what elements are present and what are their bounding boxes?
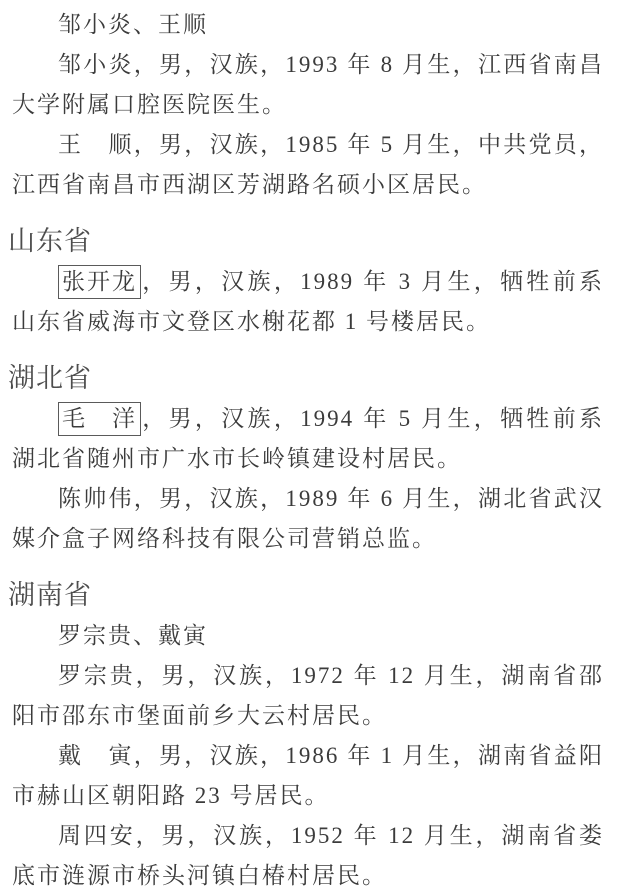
entry-paragraph: 毛 洋，男，汉族，1994 年 5 月生，牺牲前系湖北省随州市广水市长岭镇建设村… (12, 399, 604, 479)
section-hunan: 湖南省 罗宗贵、戴寅 罗宗贵，男，汉族，1972 年 12 月生，湖南省邵阳市邵… (12, 574, 604, 896)
names-line: 罗宗贵、戴寅 (12, 616, 604, 656)
section-shandong: 山东省 张开龙，男，汉族，1989 年 3 月生，牺牲前系山东省威海市文登区水榭… (12, 220, 604, 342)
document-page: 邹小炎、王顺 邹小炎，男，汉族，1993 年 8 月生，江西省南昌大学附属口腔医… (0, 0, 620, 896)
entry-paragraph: 邹小炎，男，汉族，1993 年 8 月生，江西省南昌大学附属口腔医院医生。 (12, 45, 604, 125)
boxed-name: 张开龙 (58, 265, 141, 299)
entry-paragraph: 张开龙，男，汉族，1989 年 3 月生，牺牲前系山东省威海市文登区水榭花都 1… (12, 262, 604, 342)
entry-paragraph: 罗宗贵，男，汉族，1972 年 12 月生，湖南省邵阳市邵东市堡面前乡大云村居民… (12, 656, 604, 736)
section-jiangxi: 邹小炎、王顺 邹小炎，男，汉族，1993 年 8 月生，江西省南昌大学附属口腔医… (12, 5, 604, 205)
entry-paragraph: 陈帅伟，男，汉族，1989 年 6 月生，湖北省武汉媒介盒子网络科技有限公司营销… (12, 479, 604, 559)
entry-paragraph: 戴 寅，男，汉族，1986 年 1 月生，湖南省益阳市赫山区朝阳路 23 号居民… (12, 736, 604, 816)
boxed-name: 毛 洋 (58, 402, 141, 436)
names-line: 邹小炎、王顺 (12, 5, 604, 45)
section-hubei: 湖北省 毛 洋，男，汉族，1994 年 5 月生，牺牲前系湖北省随州市广水市长岭… (12, 357, 604, 559)
province-heading: 山东省 (8, 220, 604, 262)
entry-paragraph: 王 顺，男，汉族，1985 年 5 月生，中共党员，江西省南昌市西湖区芳湖路名硕… (12, 125, 604, 205)
province-heading: 湖北省 (8, 357, 604, 399)
province-heading: 湖南省 (8, 574, 604, 616)
entry-paragraph: 周四安，男，汉族，1952 年 12 月生，湖南省娄底市涟源市桥头河镇白椿村居民… (12, 816, 604, 896)
